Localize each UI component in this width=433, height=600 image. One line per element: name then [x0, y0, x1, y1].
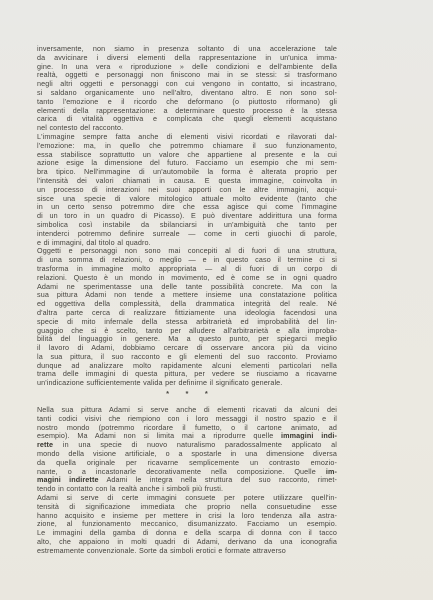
body-text: di un toro in un quadro di Picasso). E p… — [37, 212, 337, 220]
text-line: nel contesto del racconto. — [37, 124, 337, 133]
book-page: inversamente, non siamo in presenza solt… — [0, 0, 433, 600]
body-text: Oggetti e personaggi non sono mai concep… — [37, 247, 337, 255]
paragraph: Nella sua pittura Adami si serve anche d… — [37, 406, 337, 494]
text-line: inversamente, non siamo in presenza solt… — [37, 45, 337, 54]
body-text: un processo di interazioni nei suoi appo… — [37, 186, 337, 194]
text-line: essa stabilisce soprattutto un valore ch… — [37, 151, 337, 160]
body-text: trasforma in immagine molto appropriata … — [37, 265, 337, 273]
body-text: si saldano organicamente uno nell'altro,… — [37, 89, 337, 97]
text-line: gine. In una vera « riproduzione » delle… — [37, 63, 337, 72]
body-text: la sua pittura, il suo racconto e gli el… — [37, 353, 337, 361]
text-line: mondo della visione artificiale, o a spo… — [37, 450, 337, 459]
body-text: e di immagini, dal titolo al quadro. — [37, 239, 151, 247]
bold-text: magini indirette — [37, 476, 99, 484]
body-text: nel contesto del racconto. — [37, 124, 123, 132]
text-line: tendo in contatto con la realtà anche i … — [37, 485, 337, 494]
text-line: elementi della rappresentazione: a deter… — [37, 107, 337, 116]
text-line: d'altra parte cerca di realizzare fittiz… — [37, 309, 337, 318]
text-line: un'indicazione sufficientemente valida p… — [37, 379, 337, 388]
text-line: carica di vitalità oggettiva e complicat… — [37, 115, 337, 124]
body-text: inversamente, non siamo in presenza solt… — [37, 45, 337, 53]
body-text: trama delle immagini di questa pittura, … — [37, 370, 337, 378]
body-text: intenderci potremmo definire surreale — … — [37, 230, 337, 238]
body-text: Adami ne sperimentasse una delle tante p… — [37, 283, 337, 291]
body-text: carica di vitalità oggettiva e complicat… — [37, 115, 337, 123]
text-line: ed oggettiva della complessità, della dr… — [37, 300, 337, 309]
text-line: relazioni. Questo è un mondo in moviment… — [37, 274, 337, 283]
text-line: hanno acquisito e insieme per mettere in… — [37, 512, 337, 521]
text-line: zione, al funzionamento meccanico, disum… — [37, 520, 337, 529]
body-text: gine. In una vera « riproduzione » delle… — [37, 63, 337, 71]
body-text: estremamente convenzionale. Sorte da sim… — [37, 547, 286, 555]
body-text: Adami si serve di certe immagini consuet… — [37, 494, 337, 502]
text-line: tensità di significazione immediata che … — [37, 503, 337, 512]
text-line: la sua pittura, il suo racconto e gli el… — [37, 353, 337, 362]
body-text: tendo in contatto con la realtà anche i … — [37, 485, 223, 493]
text-line: bilità del linguaggio in genere. Ma a qu… — [37, 335, 337, 344]
text-line: intenderci potremmo definire surreale — … — [37, 230, 337, 239]
body-text: mondo della visione artificiale, o a spo… — [37, 450, 337, 458]
bold-text: immagini indi- — [281, 432, 337, 440]
text-line: simbolica così instabile da sbilanciarsi… — [37, 221, 337, 230]
body-text: azione esige la dimensione del futuro. F… — [37, 159, 337, 167]
text-line: sisce una specie di valore mitologico at… — [37, 195, 337, 204]
body-text: dunque ad analizzare molto rapidamente a… — [37, 362, 337, 370]
body-text: in una specie di nuovo naturalismo parad… — [53, 441, 337, 449]
text-line: in un certo senso potremmo dire che essa… — [37, 203, 337, 212]
text-line: e di immagini, dal titolo al quadro. — [37, 239, 337, 248]
text-line: specie di mito infernale della stessa ar… — [37, 318, 337, 327]
body-text: tanto l'emozione e il ricordo che deform… — [37, 98, 337, 106]
body-text: da quella originale per ricavarne sempli… — [37, 459, 337, 467]
text-line: nostro mondo (potremmo ricordare il fume… — [37, 424, 337, 433]
text-line: trama delle immagini di questa pittura, … — [37, 370, 337, 379]
body-text: tanti codici visivi che riempiono con i … — [37, 415, 337, 423]
body-text: zione, al funzionamento meccanico, disum… — [37, 520, 337, 528]
text-line: L'immagine sempre fatta anche di element… — [37, 133, 337, 142]
text-line: azione esige la dimensione del futuro. F… — [37, 159, 337, 168]
body-text: guaggio che si è scelto, tanto per allud… — [37, 327, 337, 335]
text-line: realtà, oggetti e personaggi non finisco… — [37, 71, 337, 80]
text-line: rette in una specie di nuovo naturalismo… — [37, 441, 337, 450]
text-line: Adami ne sperimentasse una delle tante p… — [37, 283, 337, 292]
text-line: trasforma in immagine molto appropriata … — [37, 265, 337, 274]
text-line: nante, o a incastonarle decorativamente … — [37, 468, 337, 477]
paragraph: L'immagine sempre fatta anche di element… — [37, 133, 337, 247]
text-line: l'emozione: ma, in quello che potremmo c… — [37, 142, 337, 151]
text-line: di un toro in un quadro di Picasso). E p… — [37, 212, 337, 221]
bold-text: rette — [37, 441, 53, 449]
text-line: guaggio che si è scelto, tanto per allud… — [37, 327, 337, 336]
body-text: da avvicinare i diversi elementi della r… — [37, 54, 337, 62]
text-line: dunque ad analizzare molto rapidamente a… — [37, 362, 337, 371]
body-text: l'intensità dei valori chiamati in causa… — [37, 177, 337, 185]
body-text: nostro mondo (potremmo ricordare il fume… — [37, 424, 337, 432]
text-line: estremamente convenzionale. Sorte da sim… — [37, 547, 337, 556]
body-text: d'altra parte cerca di realizzare fittiz… — [37, 309, 337, 317]
paragraph: inversamente, non siamo in presenza solt… — [37, 45, 337, 133]
body-text: essa stabilisce soprattutto un valore ch… — [37, 151, 337, 159]
text-line: da quella originale per ricavarne sempli… — [37, 459, 337, 468]
body-text: tensità di significazione immediata che … — [37, 503, 337, 511]
section-separator: * * * — [37, 389, 337, 399]
body-text: hanno acquisito e insieme per mettere in… — [37, 512, 337, 520]
text-line: bra tipico. Nell'immagine di un'automobi… — [37, 168, 337, 177]
body-text: ed oggettiva della complessità, della dr… — [37, 300, 337, 308]
body-text: di una somma di relazioni, o meglio — e … — [37, 256, 337, 264]
text-line: da avvicinare i diversi elementi della r… — [37, 54, 337, 63]
body-text: simbolica così instabile da sbilanciarsi… — [37, 221, 337, 229]
body-text: il lavoro di Adami, dobbiamo cercare di … — [37, 344, 337, 352]
body-text: sua pittura Adami non tende a mettere in… — [37, 291, 337, 299]
text-line: Le immagini della gamba di donna e della… — [37, 529, 337, 538]
body-text: bilità del linguaggio in genere. Ma a qu… — [37, 335, 337, 343]
text-line: Adami si serve di certe immagini consuet… — [37, 494, 337, 503]
body-text: Adami le integra nella struttura del suo… — [99, 476, 337, 484]
text-line: tanto l'emozione e il ricordo che deform… — [37, 98, 337, 107]
body-text: relazioni. Questo è un mondo in moviment… — [37, 274, 337, 282]
text-line: di una somma di relazioni, o meglio — e … — [37, 256, 337, 265]
body-text: un'indicazione sufficientemente valida p… — [37, 379, 282, 387]
text-line: tanti codici visivi che riempiono con i … — [37, 415, 337, 424]
body-text: sisce una specie di valore mitologico at… — [37, 195, 337, 203]
paragraph: Oggetti e personaggi non sono mai concep… — [37, 247, 337, 388]
bold-text: im- — [326, 468, 337, 476]
text-line: Nella sua pittura Adami si serve anche d… — [37, 406, 337, 415]
text-line: si saldano organicamente uno nell'altro,… — [37, 89, 337, 98]
text-line: negli altri oggetti e personaggi con cui… — [37, 80, 337, 89]
text-line: un processo di interazioni nei suoi appo… — [37, 186, 337, 195]
body-text: realtà, oggetti e personaggi non finisco… — [37, 71, 337, 79]
body-text: nante, o a incastonarle decorativamente … — [37, 468, 326, 476]
body-text: in un certo senso potremmo dire che essa… — [37, 203, 337, 211]
body-text: l'emozione: ma, in quello che potremmo c… — [37, 142, 337, 150]
body-text: alto, che appaiono in molti quadri di Ad… — [37, 538, 337, 546]
text-column: inversamente, non siamo in presenza solt… — [37, 45, 337, 556]
body-text: Nella sua pittura Adami si serve anche d… — [37, 406, 337, 414]
body-text: elementi della rappresentazione: a deter… — [37, 107, 337, 115]
text-line: esempio). Ma Adami non si limita mai a r… — [37, 432, 337, 441]
text-line: magini indirette Adami le integra nella … — [37, 476, 337, 485]
text-line: alto, che appaiono in molti quadri di Ad… — [37, 538, 337, 547]
body-text: Le immagini della gamba di donna e della… — [37, 529, 337, 537]
body-text: L'immagine sempre fatta anche di element… — [37, 133, 337, 141]
body-text: esempio). Ma Adami non si limita mai a r… — [37, 432, 281, 440]
body-text: negli altri oggetti e personaggi con cui… — [37, 80, 337, 88]
paragraph: Adami si serve di certe immagini consuet… — [37, 494, 337, 556]
text-line: sua pittura Adami non tende a mettere in… — [37, 291, 337, 300]
body-text: specie di mito infernale della stessa ar… — [37, 318, 337, 326]
text-line: l'intensità dei valori chiamati in causa… — [37, 177, 337, 186]
text-line: Oggetti e personaggi non sono mai concep… — [37, 247, 337, 256]
body-text: bra tipico. Nell'immagine di un'automobi… — [37, 168, 337, 176]
text-line: il lavoro di Adami, dobbiamo cercare di … — [37, 344, 337, 353]
